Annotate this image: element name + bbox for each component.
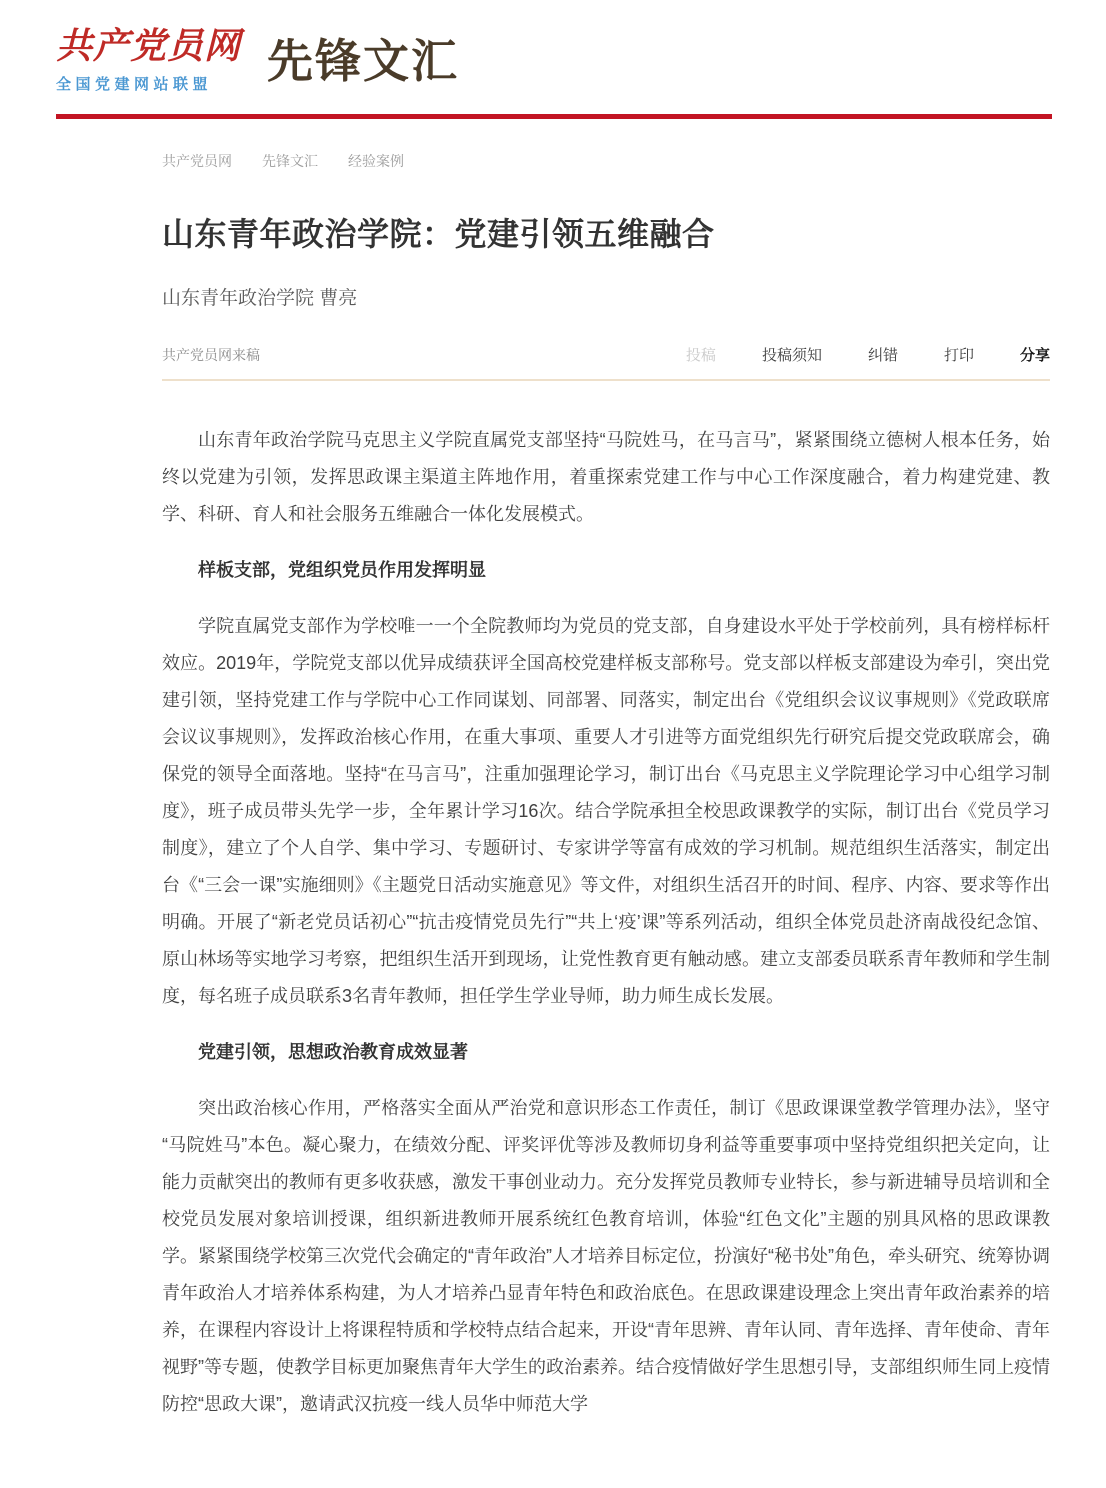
print-button[interactable]: 打印 [944, 344, 974, 365]
breadcrumb: 共产党员网 先锋文汇 经验案例 [162, 151, 1050, 171]
article-author: 山东青年政治学院 曹亮 [162, 286, 1050, 312]
article-meta-bar: 共产党员网来稿 投稿 投稿须知 纠错 打印 分享 [162, 344, 1050, 381]
breadcrumb-home-link[interactable]: 共产党员网 [162, 151, 232, 171]
logo-subtitle: 全国党建网站联盟 [56, 73, 241, 94]
share-button[interactable]: 分享 [1020, 344, 1050, 365]
breadcrumb-category-link[interactable]: 经验案例 [348, 151, 404, 171]
section-title: 先锋文汇 [267, 25, 459, 95]
site-header: 共产党员网 全国党建网站联盟 先锋文汇 [0, 0, 1106, 114]
page: 共产党员网 全国党建网站联盟 先锋文汇 共产党员网 先锋文汇 经验案例 山东青年… [0, 0, 1106, 1488]
article-source-label: 共产党员网来稿 [162, 345, 260, 365]
article-actions: 投稿 投稿须知 纠错 打印 分享 [686, 344, 1050, 365]
site-logo[interactable]: 共产党员网 全国党建网站联盟 [56, 26, 241, 93]
article-title: 山东青年政治学院：党建引领五维融合 [162, 213, 1050, 256]
submit-button[interactable]: 投稿 [686, 344, 716, 365]
paragraph-intro: 山东青年政治学院马克思主义学院直属党支部坚持“马院姓马，在马言马”，紧紧围绕立德… [162, 422, 1050, 533]
section-heading-2: 党建引领，思想政治教育成效显著 [162, 1034, 1050, 1071]
error-correction-button[interactable]: 纠错 [868, 344, 898, 365]
paragraph-section-1: 学院直属党支部作为学校唯一一个全院教师均为党员的党支部，自身建设水平处于学校前列… [162, 608, 1050, 1015]
submission-notice-button[interactable]: 投稿须知 [762, 344, 822, 365]
article: 山东青年政治学院：党建引领五维融合 山东青年政治学院 曹亮 共产党员网来稿 投稿… [162, 213, 1050, 1423]
header-red-divider [56, 114, 1052, 119]
breadcrumb-section-link[interactable]: 先锋文汇 [262, 151, 318, 171]
paragraph-section-2: 突出政治核心作用，严格落实全面从严治党和意识形态工作责任，制订《思政课课堂教学管… [162, 1090, 1050, 1423]
article-content: 山东青年政治学院马克思主义学院直属党支部坚持“马院姓马，在马言马”，紧紧围绕立德… [162, 381, 1050, 1423]
logo-calligraphy-text: 共产党员网 [56, 26, 241, 67]
section-heading-1: 样板支部，党组织党员作用发挥明显 [162, 552, 1050, 589]
